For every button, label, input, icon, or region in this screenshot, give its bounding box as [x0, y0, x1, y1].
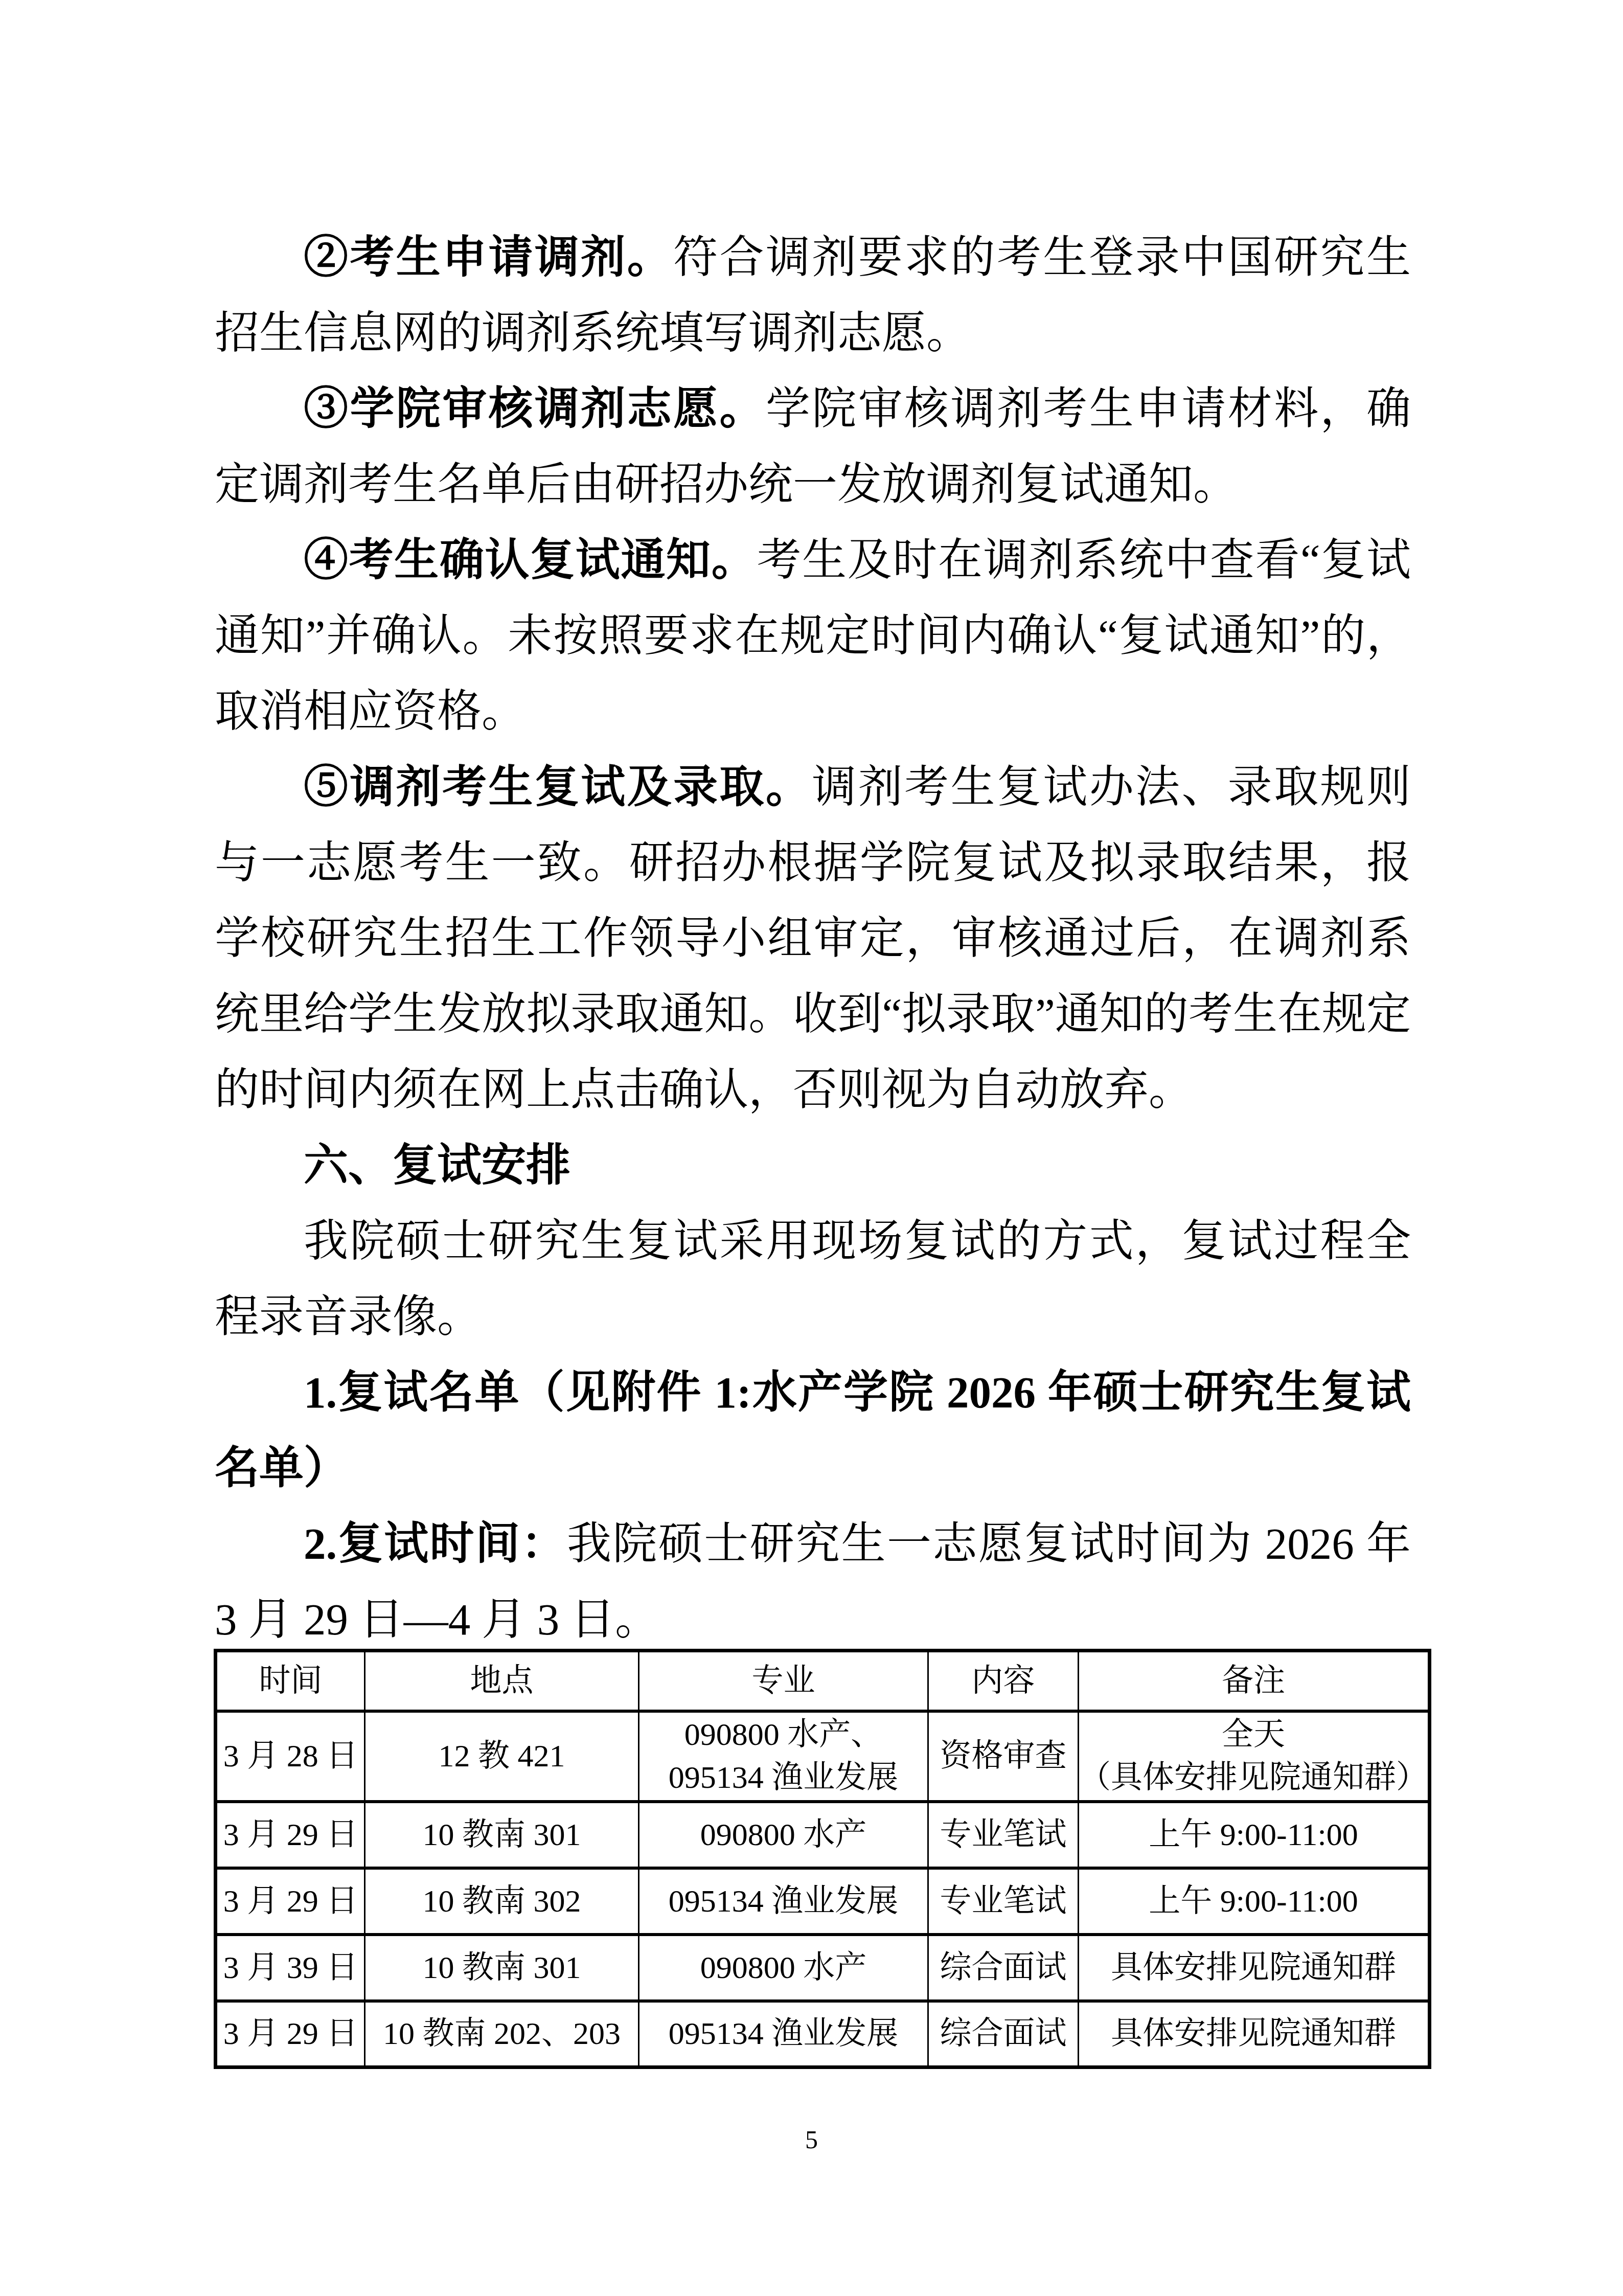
table-row: 3 月 29 日 10 教南 302 095134 渔业发展 专业笔试 上午 9… — [216, 1868, 1430, 1935]
paragraph-onsite-interview: 我院硕士研究生复试采用现场复试的方式，复试过程全程录音录像。 — [215, 1203, 1411, 1355]
table-cell: 专业笔试 — [928, 1868, 1079, 1935]
table-cell: 095134 渔业发展 — [639, 1868, 928, 1935]
paragraph-interview-time: 2.复试时间：我院硕士研究生一志愿复试时间为 2026 年 3 月 29 日—4… — [215, 1506, 1411, 1657]
table-header-cell: 备注 — [1079, 1651, 1430, 1711]
table-cell: 10 教南 302 — [365, 1868, 639, 1935]
table-cell: 专业笔试 — [928, 1802, 1079, 1868]
table-cell: 具体安排见院通知群 — [1079, 2001, 1430, 2067]
table-cell: 综合面试 — [928, 1935, 1079, 2001]
paragraph-lead: ④考生确认复试通知。 — [304, 535, 757, 585]
table-cell: 3 月 29 日 — [216, 1868, 365, 1935]
table-cell: 3 月 29 日 — [216, 2001, 365, 2067]
table-cell: 上午 9:00-11:00 — [1079, 1802, 1430, 1868]
table-cell: 3 月 28 日 — [216, 1711, 365, 1802]
schedule-table: 时间 地点 专业 内容 备注 3 月 28 日 12 教 421 090800 … — [214, 1649, 1431, 2069]
paragraph-body: 我院硕士研究生复试采用现场复试的方式，复试过程全程录音录像。 — [215, 1216, 1411, 1342]
table-cell: 090800 水产 — [639, 1802, 928, 1868]
paragraph-lead: ③学院审核调剂志愿。 — [304, 384, 766, 434]
table-header-cell: 时间 — [216, 1651, 365, 1711]
table-cell: 095134 渔业发展 — [639, 2001, 928, 2067]
table-cell: 090800 水产 — [639, 1935, 928, 2001]
body-text: ②考生申请调剂。符合调剂要求的考生登录中国研究生招生信息网的调剂系统填写调剂志愿… — [215, 220, 1411, 1657]
table-cell: 全天 （具体安排见院通知群） — [1079, 1711, 1430, 1802]
paragraph-interview-list: 1.复试名单（见附件 1:水产学院 2026 年硕士研究生复试名单） — [215, 1355, 1411, 1506]
table-header-cell: 地点 — [365, 1651, 639, 1711]
page-number: 5 — [0, 2124, 1623, 2155]
table-header-row: 时间 地点 专业 内容 备注 — [216, 1651, 1430, 1711]
paragraph-candidate-apply-transfer: ②考生申请调剂。符合调剂要求的考生登录中国研究生招生信息网的调剂系统填写调剂志愿… — [215, 220, 1411, 371]
paragraph-confirm-notice: ④考生确认复试通知。考生及时在调剂系统中查看“复试通知”并确认。未按照要求在规定… — [215, 522, 1411, 749]
table-cell: 10 教南 202、203 — [365, 2001, 639, 2067]
table-row: 3 月 39 日 10 教南 301 090800 水产 综合面试 具体安排见院… — [216, 1935, 1430, 2001]
table-row: 3 月 29 日 10 教南 202、203 095134 渔业发展 综合面试 … — [216, 2001, 1430, 2067]
table-cell: 综合面试 — [928, 2001, 1079, 2067]
table-cell: 10 教南 301 — [365, 1802, 639, 1868]
table-cell: 具体安排见院通知群 — [1079, 1935, 1430, 2001]
paragraph-lead: 2.复试时间： — [304, 1519, 567, 1568]
table-cell: 090800 水产、 095134 渔业发展 — [639, 1711, 928, 1802]
paragraph-lead: 1.复试名单（见附件 1:水产学院 2026 年硕士研究生复试名单） — [215, 1368, 1411, 1493]
table-cell: 3 月 39 日 — [216, 1935, 365, 2001]
table-cell: 3 月 29 日 — [216, 1802, 365, 1868]
table-cell: 12 教 421 — [365, 1711, 639, 1802]
table-header-cell: 内容 — [928, 1651, 1079, 1711]
table-row: 3 月 28 日 12 教 421 090800 水产、 095134 渔业发展… — [216, 1711, 1430, 1802]
table-cell: 资格审查 — [928, 1711, 1079, 1802]
paragraph-college-review: ③学院审核调剂志愿。学院审核调剂考生申请材料，确定调剂考生名单后由研招办统一发放… — [215, 371, 1411, 522]
paragraph-body: 调剂考生复试办法、录取规则与一志愿考生一致。研招办根据学院复试及拟录取结果，报学… — [215, 762, 1411, 1115]
table-cell: 上午 9:00-11:00 — [1079, 1868, 1430, 1935]
document-page: ②考生申请调剂。符合调剂要求的考生登录中国研究生招生信息网的调剂系统填写调剂志愿… — [0, 0, 1623, 2296]
paragraph-transfer-admission: ⑤调剂考生复试及录取。调剂考生复试办法、录取规则与一志愿考生一致。研招办根据学院… — [215, 749, 1411, 1128]
paragraph-lead: ⑤调剂考生复试及录取。 — [304, 762, 812, 812]
table-row: 3 月 29 日 10 教南 301 090800 水产 专业笔试 上午 9:0… — [216, 1802, 1430, 1868]
table-cell: 10 教南 301 — [365, 1935, 639, 2001]
paragraph-lead: ②考生申请调剂。 — [304, 233, 673, 282]
table-header-cell: 专业 — [639, 1651, 928, 1711]
section-heading: 六、复试安排 — [215, 1128, 1411, 1203]
